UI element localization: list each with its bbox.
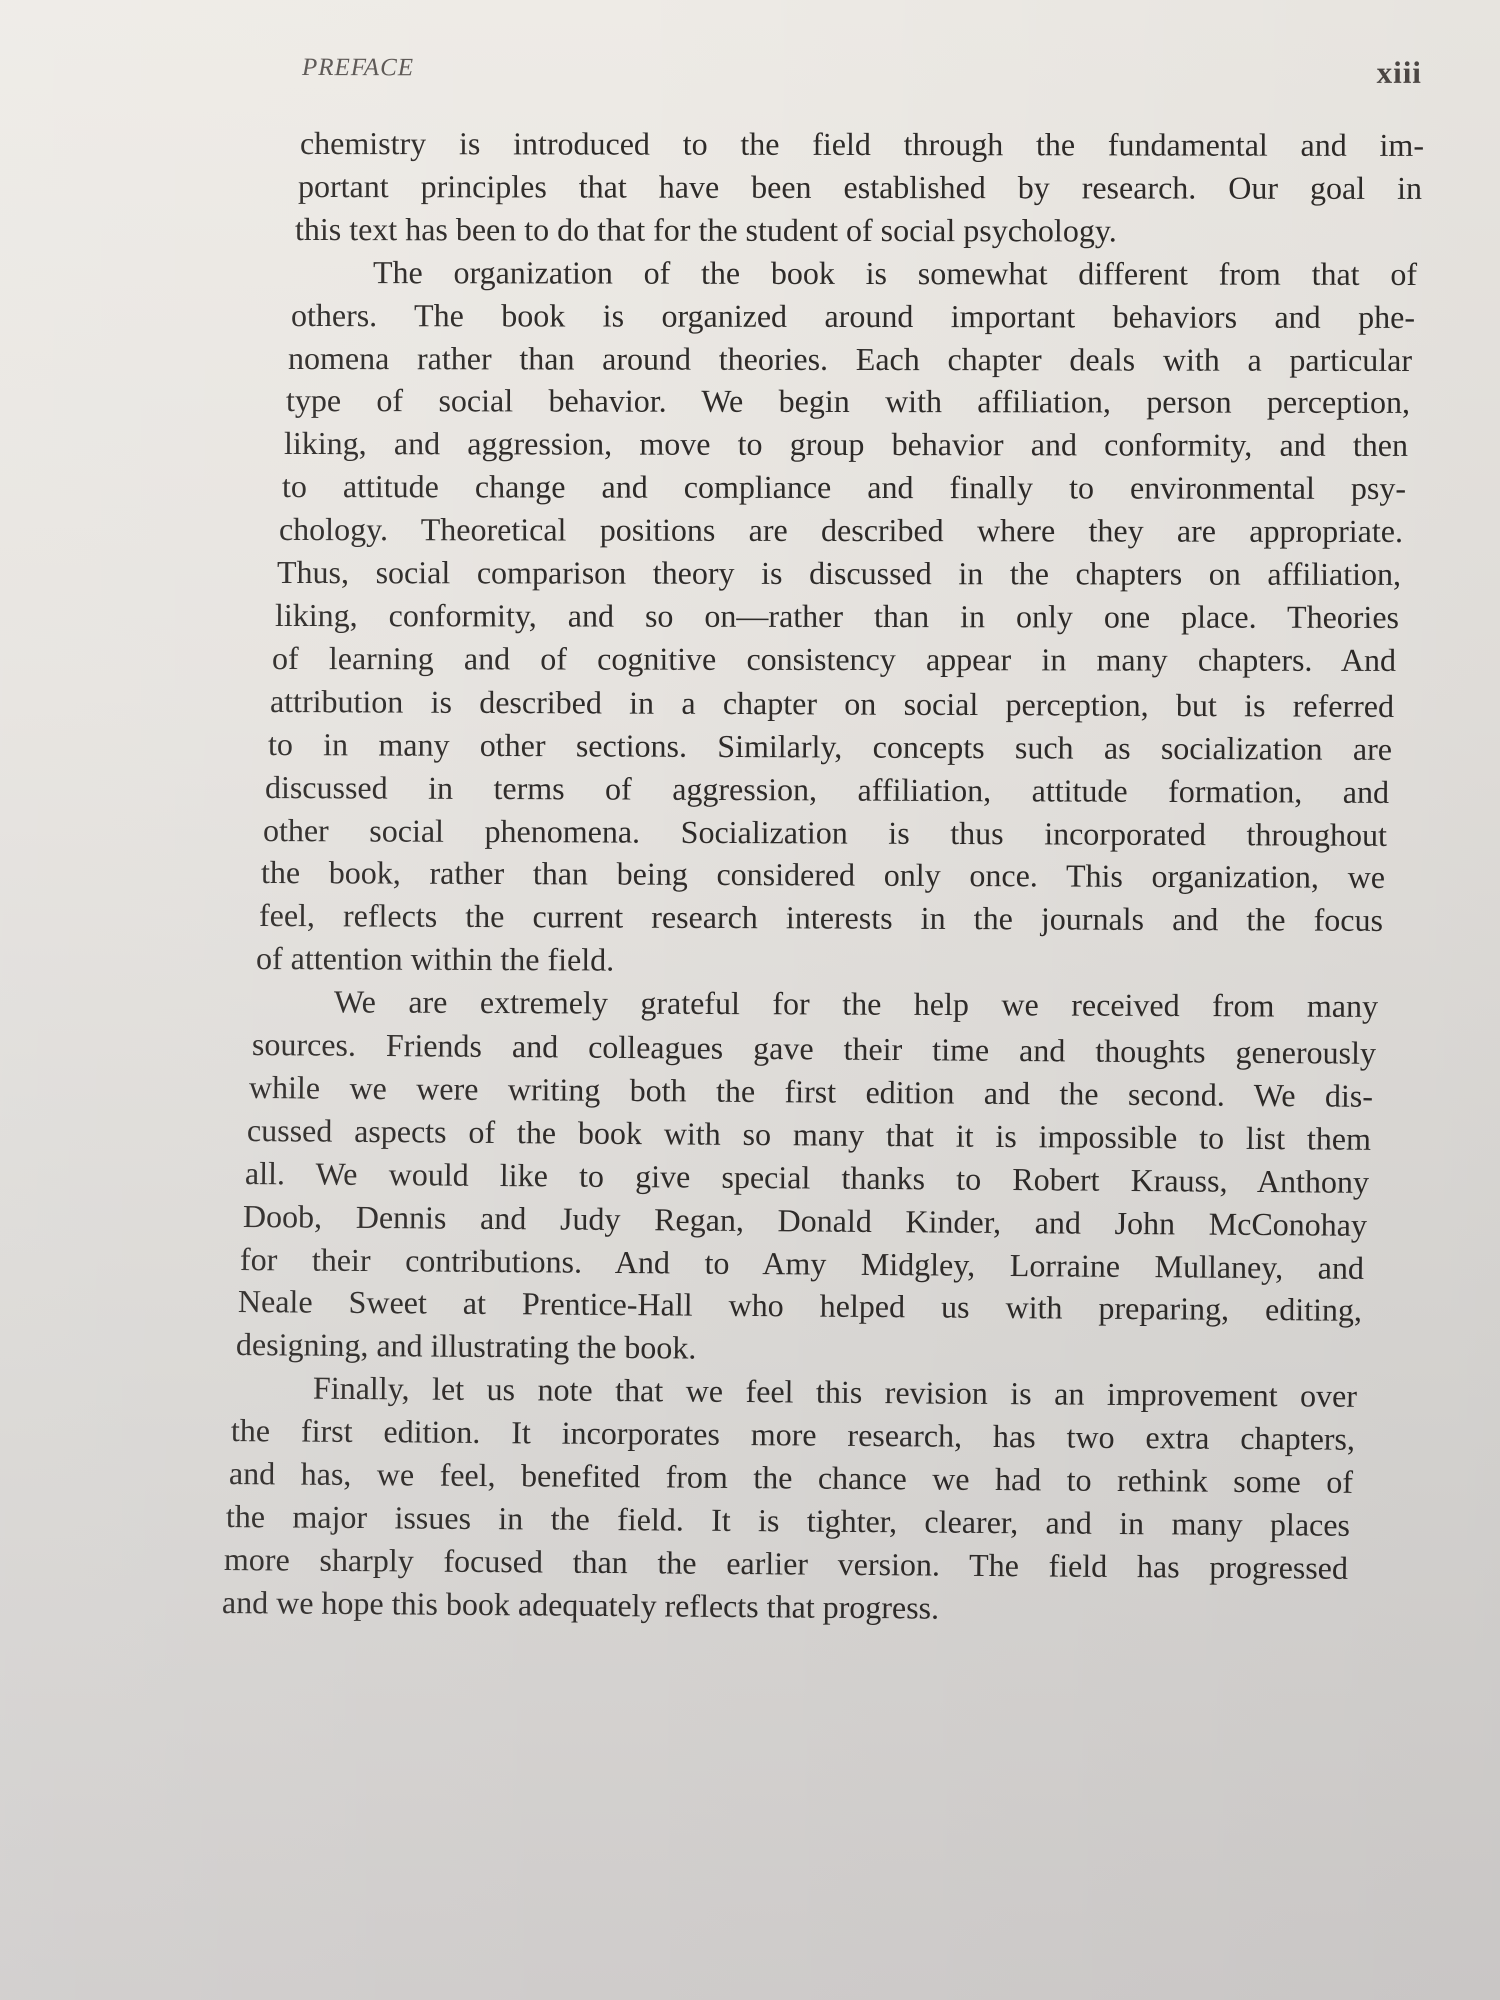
paragraph: The organization of the book is somewhat…: [300, 251, 1424, 980]
running-title: PREFACE: [302, 54, 414, 82]
text-line: type of social behavior. We begin with a…: [286, 379, 1410, 424]
text-line: this text has been to do that for the st…: [295, 208, 1419, 253]
text-line: discussed in terms of aggression, affili…: [265, 766, 1389, 814]
text-line: to attitude change and compliance and fi…: [282, 465, 1406, 510]
paragraph: We are extremely grateful for the help w…: [300, 980, 1424, 1366]
text-line: the book, rather than being considered o…: [261, 851, 1385, 899]
text-line: of learning and of cognitive consistency…: [272, 637, 1396, 682]
text-line: chemistry is introduced to the field thr…: [300, 122, 1424, 167]
text-line: The organization of the book is somewhat…: [293, 251, 1417, 296]
text-line: to in many other sections. Similarly, co…: [268, 723, 1392, 771]
text-line: Thus, social comparison theory is discus…: [277, 551, 1401, 596]
body-text: chemistry is introduced to the field thr…: [300, 122, 1424, 1624]
text-line: liking, and aggression, move to group be…: [284, 422, 1408, 467]
text-line: portant principles that have been establ…: [298, 165, 1422, 210]
text-line: chology. Theoretical positions are descr…: [279, 508, 1403, 553]
paragraph: Finally, let us note that we feel this r…: [300, 1366, 1424, 1623]
text-line: others. The book is organized around imp…: [291, 294, 1415, 339]
text-line: We are extremely grateful for the help w…: [254, 980, 1378, 1028]
text-line: and we hope this book adequately reflect…: [222, 1581, 1346, 1633]
book-page: PREFACE xiii chemistry is introduced to …: [0, 0, 1500, 2000]
text-line: nomena rather than around theories. Each…: [288, 337, 1412, 382]
text-line: of attention within the field.: [256, 937, 1380, 985]
paragraph: chemistry is introduced to the field thr…: [300, 122, 1424, 251]
running-head: PREFACE xiii: [302, 52, 1422, 95]
text-line: liking, conformity, and so on—rather tha…: [275, 594, 1399, 639]
text-line: feel, reflects the current research inte…: [259, 894, 1383, 942]
text-line: other social phenomena. Socialization is…: [263, 809, 1387, 857]
text-line: attribution is described in a chapter on…: [270, 680, 1394, 728]
page-number: xiii: [1377, 55, 1422, 91]
